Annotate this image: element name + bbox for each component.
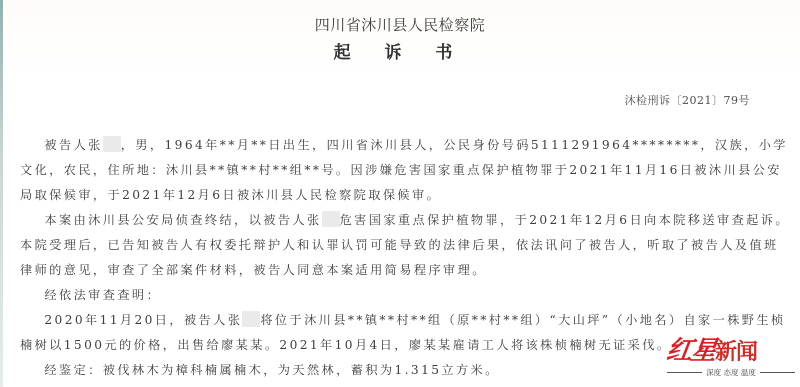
document-number: 沐检刑诉〔2021〕79号 bbox=[625, 92, 751, 108]
paragraph-findings-heading: 经依法审查查明： bbox=[20, 283, 790, 308]
text-segment: 经鉴定：被伐林木为樟科楠属楠木，为天然林，蓄积为1.315立方米。 bbox=[44, 363, 499, 377]
document-body: 被告人张，男，1964年**月**日出生，四川省沐川县人，公民身份号码51112… bbox=[20, 133, 790, 383]
document-page: 四川省沐川县人民检察院 起 诉 书 沐检刑诉〔2021〕79号 被告人张，男，1… bbox=[0, 0, 800, 387]
redacted-name bbox=[103, 136, 121, 152]
text-segment: ，男，1964年**月**日出生，四川省沐川县人，公民身份号码511129196… bbox=[20, 138, 788, 202]
text-segment: 被告人张 bbox=[44, 138, 102, 152]
text-segment: 本案由沐川县公安局侦查终结，以被告人张 bbox=[44, 213, 321, 227]
paragraph-appraisal: 经鉴定：被伐林木为樟科楠属楠木，为天然林，蓄积为1.315立方米。 bbox=[20, 358, 790, 383]
redacted-name bbox=[322, 211, 340, 227]
organization-title: 四川省沐川县人民检察院 bbox=[0, 14, 800, 35]
paragraph-case-transfer: 本案由沐川县公安局侦查终结，以被告人张危害国家重点保护植物罪，于2021年12月… bbox=[20, 208, 790, 283]
document-title: 起 诉 书 bbox=[0, 38, 800, 63]
redacted-name bbox=[242, 311, 260, 327]
text-segment: 经依法审查查明： bbox=[44, 288, 161, 302]
paragraph-defendant-info: 被告人张，男，1964年**月**日出生，四川省沐川县人，公民身份号码51112… bbox=[20, 133, 790, 208]
text-segment: 2020年11月20日，被告人张 bbox=[44, 313, 242, 327]
paragraph-facts: 2020年11月20日，被告人张将位于沐川县**镇**村**组（原**村**组）… bbox=[20, 308, 790, 358]
